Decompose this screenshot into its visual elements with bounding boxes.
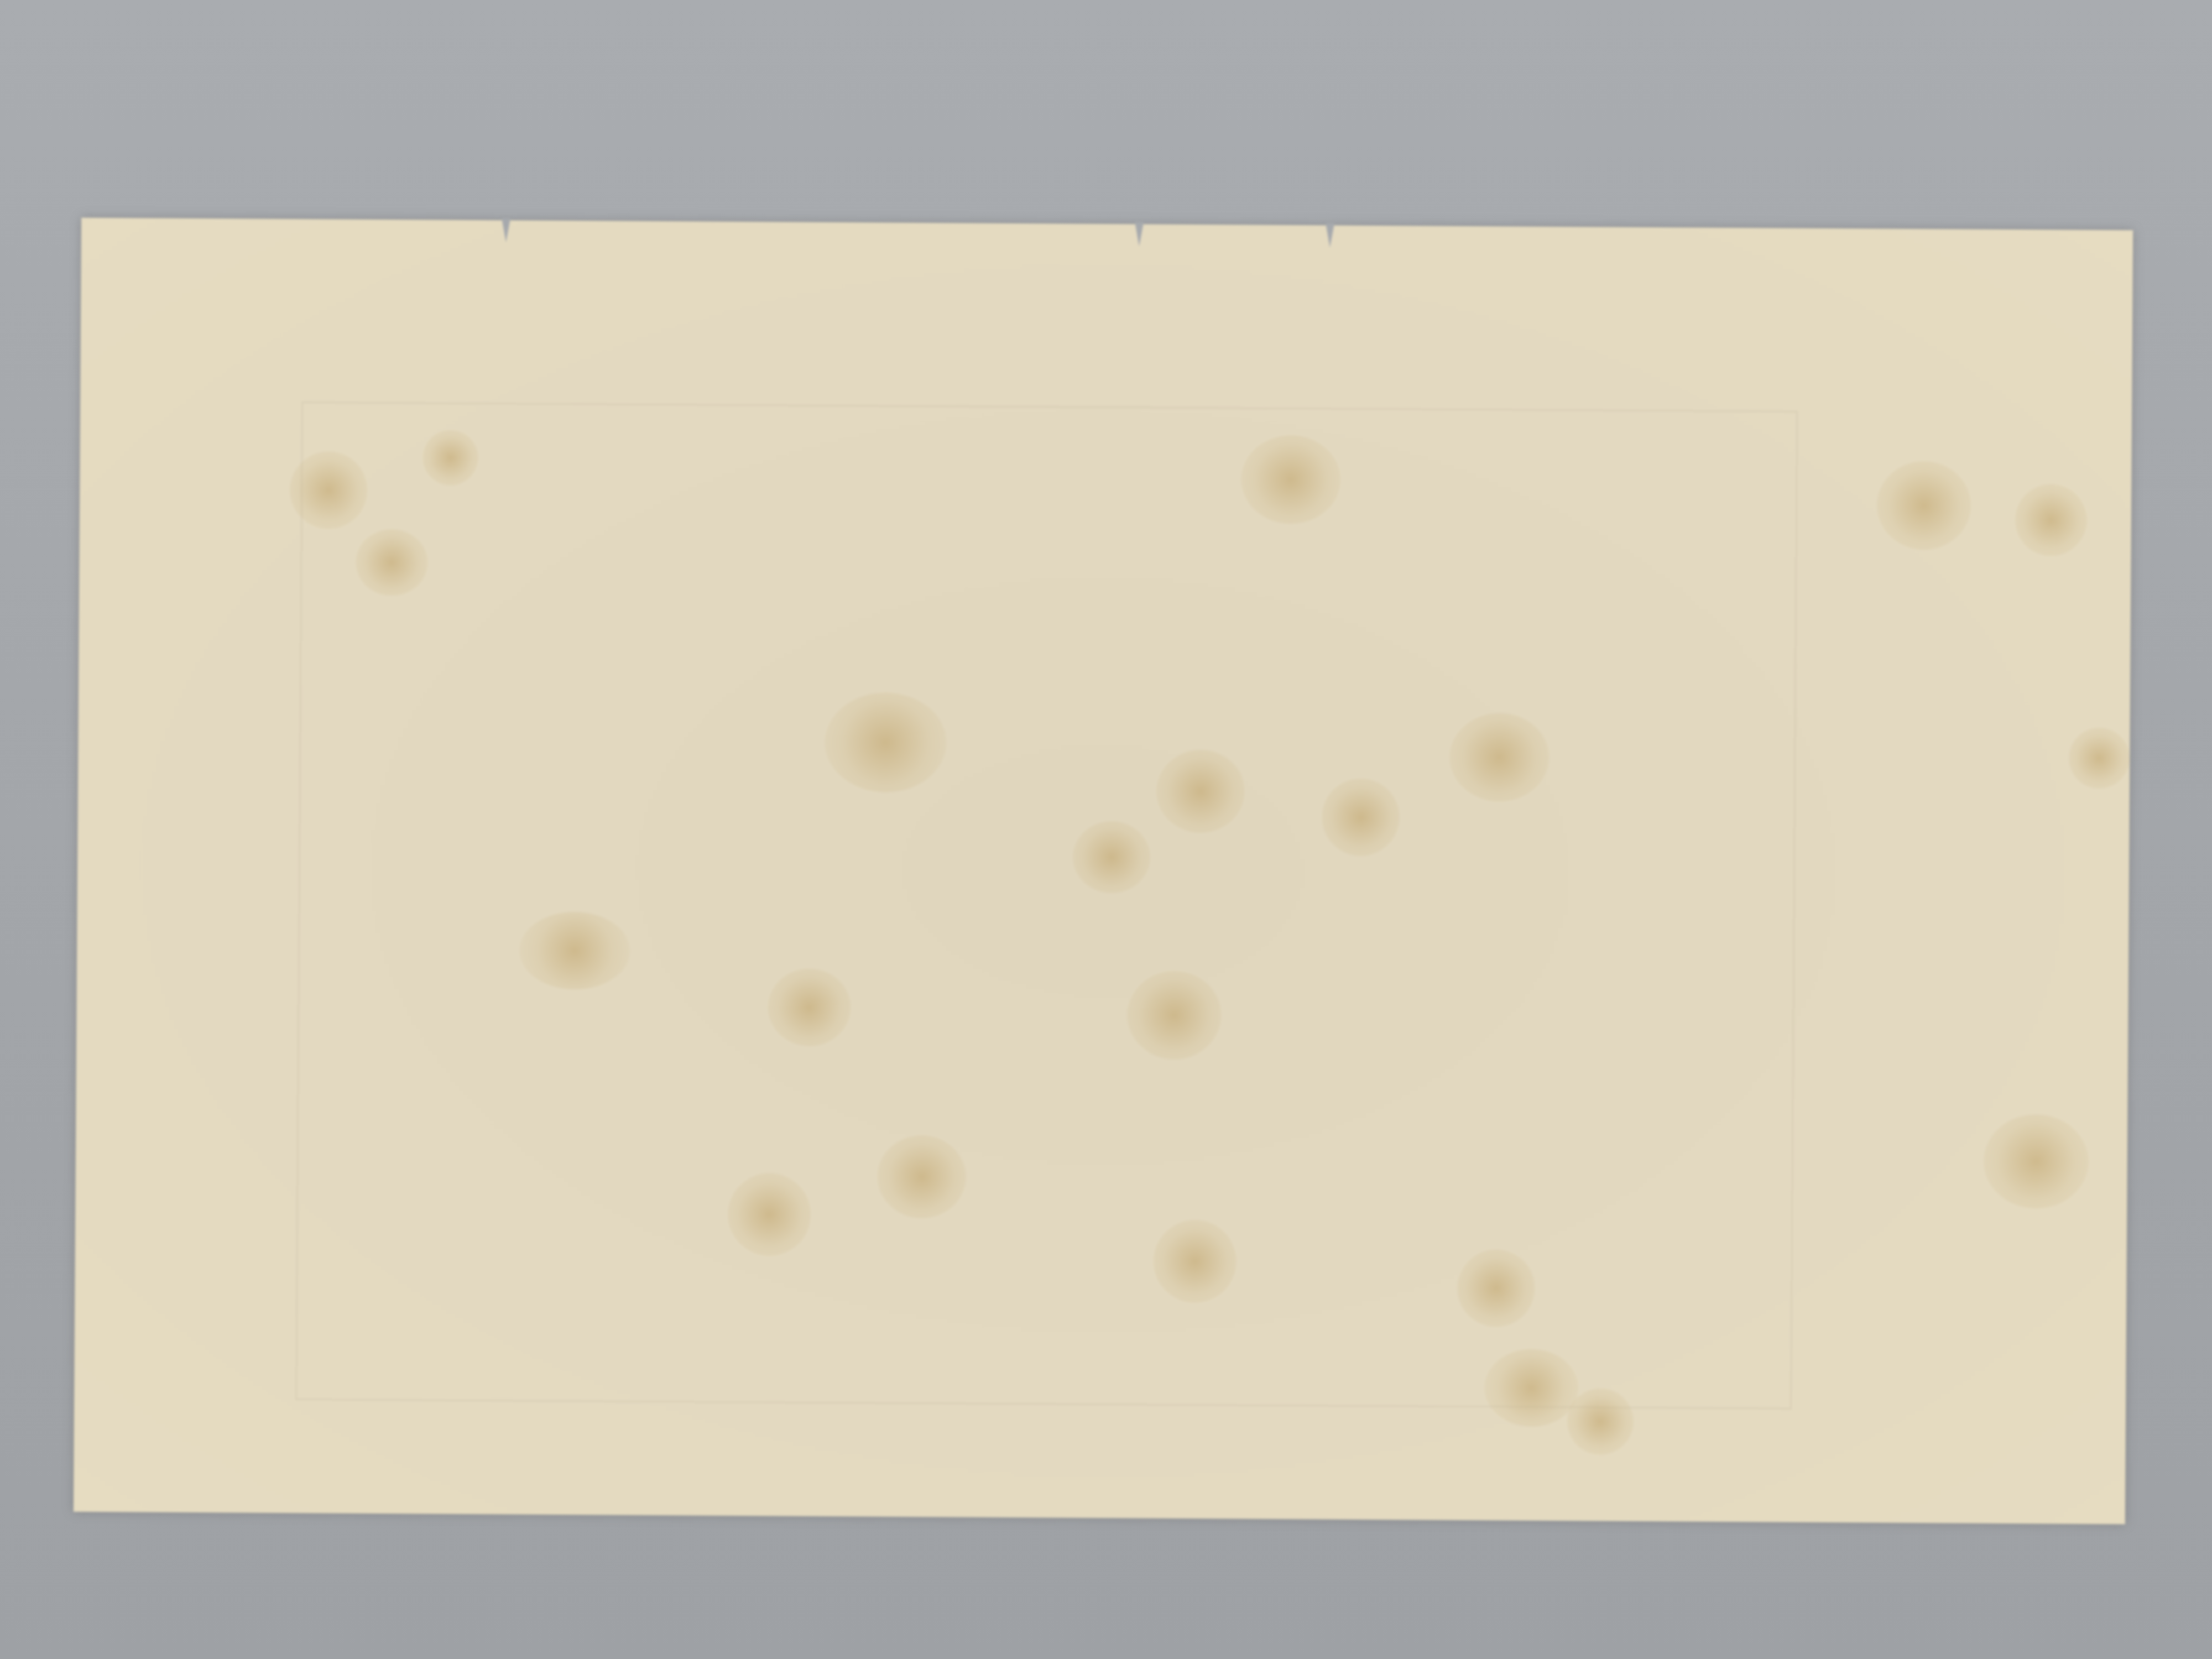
foxing-stain — [290, 451, 368, 529]
foxing-stain — [1153, 1220, 1237, 1303]
paper-sheet — [74, 218, 2133, 1525]
foxing-stain — [825, 692, 947, 792]
paper-notch — [502, 218, 510, 242]
foxing-stain — [2015, 484, 2088, 556]
foxing-stain — [1449, 713, 1550, 802]
foxing-stain — [1127, 971, 1222, 1060]
paper-notch — [1135, 222, 1144, 246]
foxing-stain — [1073, 821, 1151, 894]
foxing-stain — [877, 1135, 966, 1219]
foxing-stain — [422, 430, 478, 486]
foxing-stain — [1983, 1114, 2089, 1209]
foxing-stain — [356, 529, 428, 596]
foxing-stain — [519, 912, 630, 990]
foxing-stain — [1241, 435, 1341, 524]
foxing-stain — [768, 968, 851, 1046]
paper-notch — [1326, 223, 1334, 247]
foxing-stain — [1484, 1349, 1579, 1427]
foxing-stain — [1156, 750, 1245, 833]
foxing-stain — [1567, 1388, 1634, 1455]
foxing-stain — [1457, 1249, 1535, 1327]
foxing-stain — [1322, 778, 1400, 856]
foxing-stain — [1877, 461, 1971, 550]
foxing-stain — [2069, 728, 2130, 789]
faint-inner-border — [295, 401, 1798, 1409]
foxing-stain — [728, 1173, 811, 1256]
